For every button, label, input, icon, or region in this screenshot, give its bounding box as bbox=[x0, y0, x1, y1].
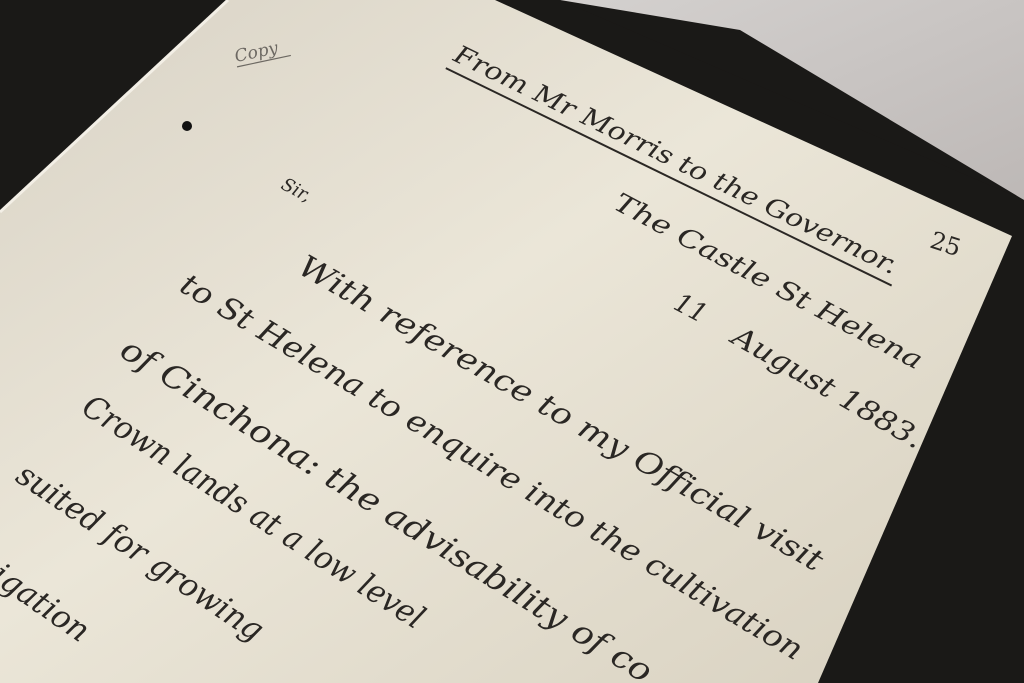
punch-hole bbox=[182, 121, 192, 131]
photo-scene: Copy From Mr Morris to the Governor. 25 … bbox=[0, 0, 1024, 683]
